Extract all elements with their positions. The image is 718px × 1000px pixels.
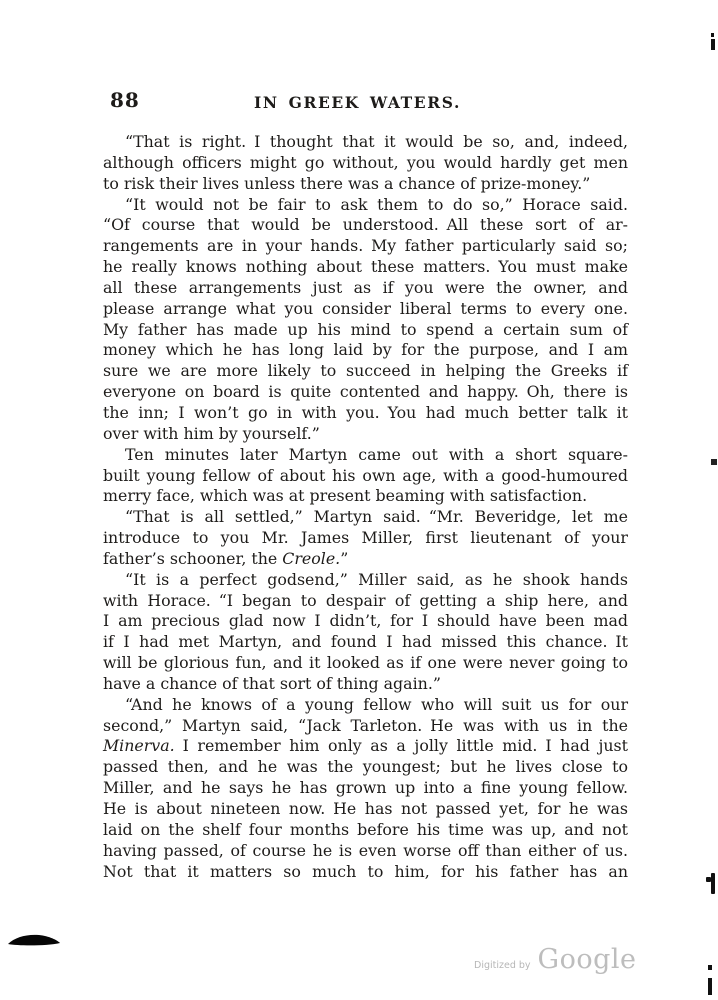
text-segment: laid on the shelf four months before his… — [103, 820, 628, 839]
text-segment: “And he knows of a young fellow who will… — [125, 695, 628, 714]
text-line: second,” Martyn said, “Jack Tarleton. He… — [103, 716, 628, 737]
google-logo: Google — [538, 944, 637, 975]
text-line: money which he has long laid by for the … — [103, 340, 628, 361]
text-line: sure we are more likely to succeed in he… — [103, 361, 628, 382]
text-segment: money which he has long laid by for the … — [103, 340, 628, 359]
text-segment: with Horace. “I began to despair of gett… — [103, 591, 628, 610]
text-segment: although officers might go without, you … — [103, 153, 628, 172]
text-line: Not that it matters so much to him, for … — [103, 862, 628, 883]
text-segment: all these arrangements just as if you we… — [103, 278, 628, 297]
text-segment: built young fellow of about his own age,… — [103, 466, 628, 485]
text-line: Miller, and he says he has grown up into… — [103, 778, 628, 799]
text-segment: ” — [340, 549, 348, 568]
text-line: will be glorious fun, and it looked as i… — [103, 653, 628, 674]
text-line: “Of course that would be understood. All… — [103, 215, 628, 236]
watermark: Digitized by Google — [474, 944, 637, 975]
text-line: laid on the shelf four months before his… — [103, 820, 628, 841]
scan-artifact-top-right-bar — [711, 39, 715, 50]
text-segment: please arrange what you consider liberal… — [103, 299, 628, 318]
text-segment: rangements are in your hands. My father … — [103, 236, 628, 255]
text-segment: I remember him only as a jolly little mi… — [175, 736, 628, 755]
scan-smudge-blob — [7, 932, 61, 946]
text-line: over with him by yourself.” — [103, 424, 628, 445]
text-segment: Not that it matters so much to him, for … — [103, 862, 628, 881]
text-segment: passed then, and he was the youngest; bu… — [103, 757, 628, 776]
scan-artifact-lower-right-bar — [711, 873, 715, 894]
scan-artifact-lower-right-mark — [706, 873, 715, 895]
text-line: to risk their lives unless there was a c… — [103, 174, 628, 195]
digitized-by-label: Digitized by — [474, 960, 531, 971]
text-segment: second,” Martyn said, “Jack Tarleton. He… — [103, 716, 628, 735]
text-line: “It would not be fair to ask them to do … — [103, 195, 628, 216]
text-line: having passed, of course he is even wors… — [103, 841, 628, 862]
text-line: Minerva. I remember him only as a jolly … — [103, 736, 628, 757]
text-line: “It is a perfect godsend,” Miller said, … — [103, 570, 628, 591]
text-line: with Horace. “I began to despair of gett… — [103, 591, 628, 612]
running-header: IN GREEK WATERS. — [95, 93, 620, 112]
text-line: merry face, which was at present beaming… — [103, 486, 628, 507]
scan-artifact-bottom-right-bar — [708, 978, 712, 995]
text-segment: everyone on board is quite contented and… — [103, 382, 628, 401]
text-segment: Ten minutes later Martyn came out with a… — [125, 445, 628, 464]
scan-artifact-top-right-dot — [711, 33, 714, 37]
text-segment: the inn; I won’t go in with you. You had… — [103, 403, 628, 422]
italic-text-segment: Creole. — [282, 549, 340, 568]
text-segment: “It would not be fair to ask them to do … — [125, 195, 628, 214]
text-line: My father has made up his mind to spend … — [103, 320, 628, 341]
text-segment: he really knows nothing about these matt… — [103, 257, 628, 276]
scan-artifact-lower-right-nub — [706, 877, 711, 882]
text-line: rangements are in your hands. My father … — [103, 236, 628, 257]
text-line: all these arrangements just as if you we… — [103, 278, 628, 299]
text-segment: I am precious glad now I didn’t, for I s… — [103, 611, 628, 630]
text-line: I am precious glad now I didn’t, for I s… — [103, 611, 628, 632]
text-segment: will be glorious fun, and it looked as i… — [103, 653, 628, 672]
page-body: “That is right. I thought that it would … — [103, 132, 628, 882]
text-segment: “That is right. I thought that it would … — [125, 132, 628, 151]
text-line: introduce to you Mr. James Miller, first… — [103, 528, 628, 549]
text-line: please arrange what you consider liberal… — [103, 299, 628, 320]
text-segment: father’s schooner, the — [103, 549, 282, 568]
text-segment: over with him by yourself.” — [103, 424, 320, 443]
text-line: he really knows nothing about these matt… — [103, 257, 628, 278]
text-line: although officers might go without, you … — [103, 153, 628, 174]
text-segment: merry face, which was at present beaming… — [103, 486, 587, 505]
text-line: built young fellow of about his own age,… — [103, 466, 628, 487]
italic-text-segment: Minerva. — [103, 736, 175, 755]
text-line: passed then, and he was the youngest; bu… — [103, 757, 628, 778]
text-line: Ten minutes later Martyn came out with a… — [103, 445, 628, 466]
text-line: if I had met Martyn, and found I had mis… — [103, 632, 628, 653]
text-line: have a chance of that sort of thing agai… — [103, 674, 628, 695]
text-line: “And he knows of a young fellow who will… — [103, 695, 628, 716]
text-line: “That is all settled,” Martyn said. “Mr.… — [103, 507, 628, 528]
text-line: father’s schooner, the Creole.” — [103, 549, 628, 570]
text-segment: He is about nineteen now. He has not pas… — [103, 799, 628, 818]
text-segment: “Of course that would be understood. All… — [103, 215, 628, 234]
scan-artifact-bottom-right-dot — [708, 965, 712, 970]
text-line: “That is right. I thought that it would … — [103, 132, 628, 153]
text-segment: if I had met Martyn, and found I had mis… — [103, 632, 628, 651]
book-page: 88 IN GREEK WATERS. “That is right. I th… — [0, 0, 718, 1000]
text-segment: “That is all settled,” Martyn said. “Mr.… — [125, 507, 628, 526]
text-segment: to risk their lives unless there was a c… — [103, 174, 590, 193]
text-line: everyone on board is quite contented and… — [103, 382, 628, 403]
text-line: He is about nineteen now. He has not pas… — [103, 799, 628, 820]
text-segment: Miller, and he says he has grown up into… — [103, 778, 628, 797]
scan-smudge-shape — [7, 933, 61, 947]
text-segment: sure we are more likely to succeed in he… — [103, 361, 628, 380]
scan-artifact-mid-right-dash — [711, 459, 717, 465]
text-segment: introduce to you Mr. James Miller, first… — [103, 528, 628, 547]
text-segment: My father has made up his mind to spend … — [103, 320, 628, 339]
text-segment: “It is a perfect godsend,” Miller said, … — [125, 570, 628, 589]
text-segment: have a chance of that sort of thing agai… — [103, 674, 441, 693]
text-segment: having passed, of course he is even wors… — [103, 841, 628, 860]
text-line: the inn; I won’t go in with you. You had… — [103, 403, 628, 424]
